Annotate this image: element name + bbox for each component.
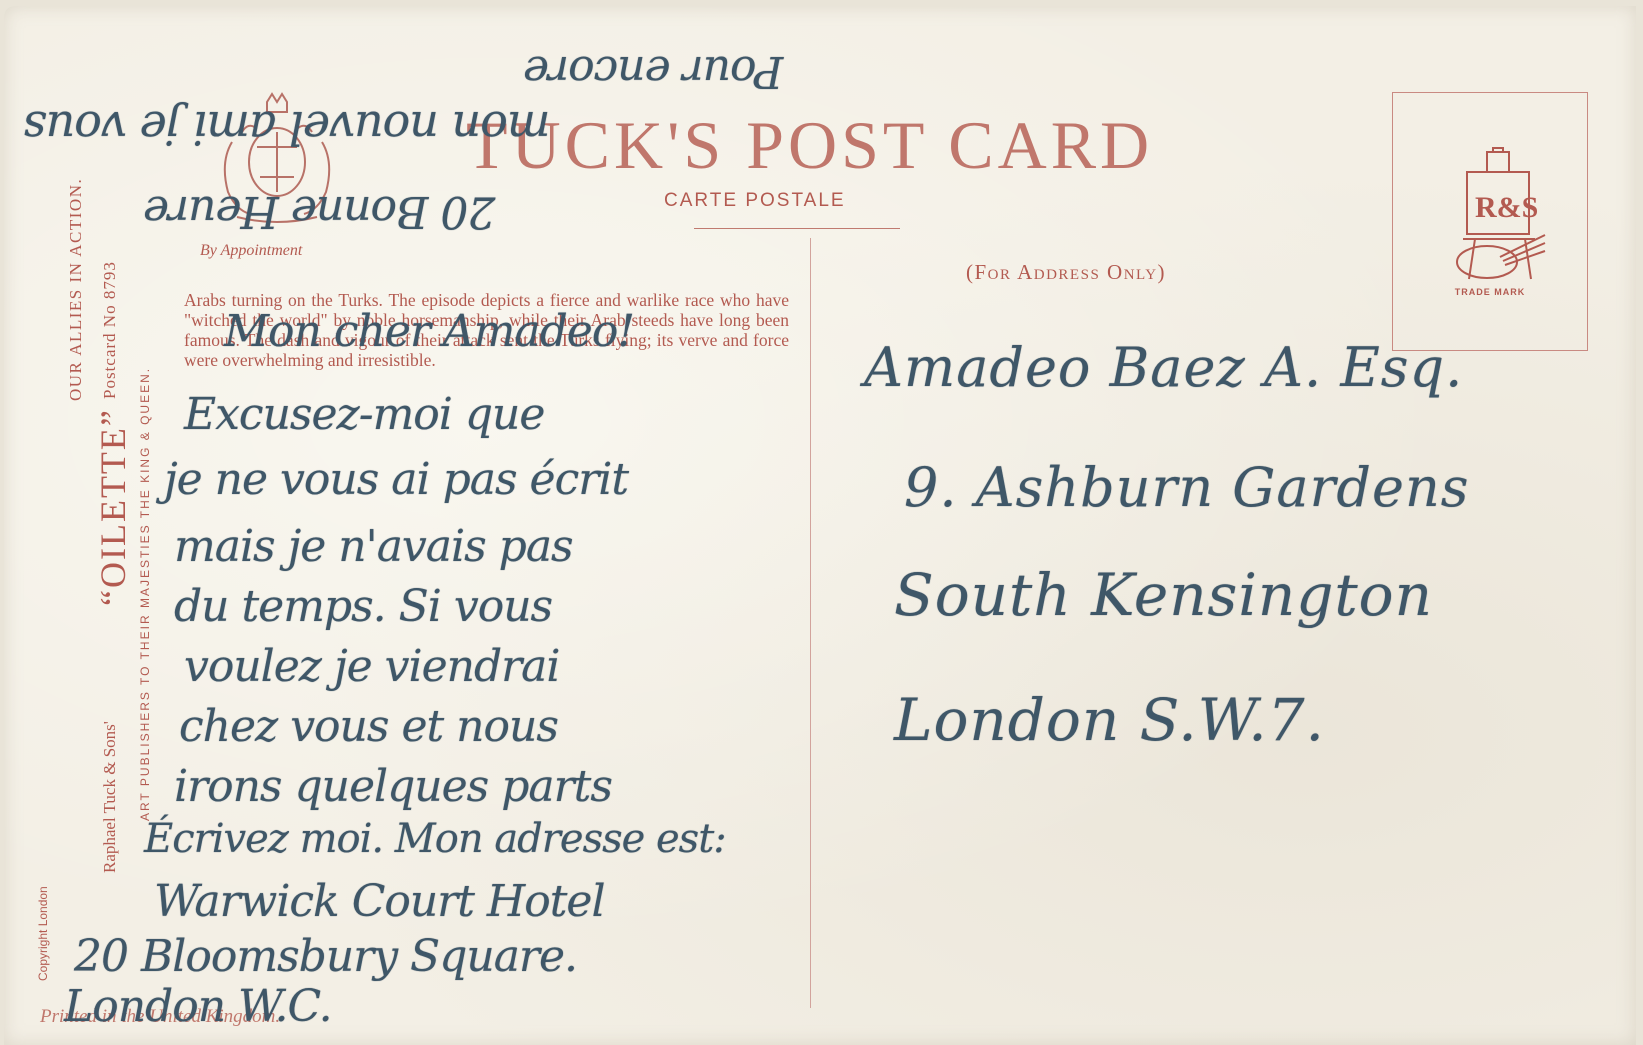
easel-trademark-icon: R&S — [1445, 147, 1555, 287]
stamp-box: R&S TRADE MARK — [1392, 92, 1588, 351]
brand-oilette: “OILETTE” — [92, 408, 134, 606]
copyright-label: Copyright London — [36, 886, 50, 981]
handwriting-line: voulez je viendrai — [184, 641, 559, 692]
handwriting-upside-2: mon nouvel ami je vous — [24, 101, 550, 155]
publishers-label: ART PUBLISHERS TO THEIR MAJESTIES THE KI… — [138, 367, 152, 821]
address-line-street: 9. Ashburn Gardens — [904, 456, 1469, 519]
handwriting-line: je ne vous ai pas écrit — [164, 454, 628, 505]
postcard-number: Postcard No 8793 — [100, 261, 120, 399]
handwriting-upside-1: Pour encore — [524, 46, 783, 97]
trademark-label: TRADE MARK — [1393, 287, 1587, 297]
handwriting-line: Mon cher Amadeo! — [224, 306, 634, 357]
card-subtitle: CARTE POSTALE — [664, 190, 846, 212]
handwriting-line: irons quelques parts — [174, 761, 612, 812]
series-label: OUR ALLIES IN ACTION. — [66, 178, 86, 401]
title-rule — [694, 228, 900, 229]
handwriting-line: chez vous et nous — [179, 701, 558, 752]
postcard: By Appointment TUCK'S POST CARD CARTE PO… — [4, 6, 1636, 1045]
handwriting-line: London W.C. — [64, 981, 332, 1032]
address-only-label: (For Address Only) — [966, 260, 1166, 285]
address-line-city: London S.W.7. — [894, 686, 1325, 754]
appointment-label: By Appointment — [200, 242, 302, 260]
handwriting-line: 20 Bloomsbury Square. — [74, 931, 577, 982]
address-line-name: Amadeo Baez A. Esq. — [864, 336, 1463, 399]
svg-text:R&S: R&S — [1475, 191, 1538, 224]
handwriting-line: Excusez-moi que — [184, 389, 544, 440]
handwriting-upside-3: 20 Bonne Heure — [144, 186, 495, 237]
handwriting-line: Écrivez moi. Mon adresse est: — [144, 816, 726, 862]
handwriting-line: du temps. Si vous — [174, 581, 552, 632]
card-title: TUCK'S POST CARD — [466, 106, 1153, 185]
center-divider — [810, 238, 811, 1008]
publisher-name: Raphael Tuck & Sons' — [100, 721, 120, 873]
handwriting-line: mais je n'avais pas — [174, 521, 573, 572]
handwriting-line: Warwick Court Hotel — [154, 876, 605, 927]
address-line-district: South Kensington — [894, 561, 1433, 629]
